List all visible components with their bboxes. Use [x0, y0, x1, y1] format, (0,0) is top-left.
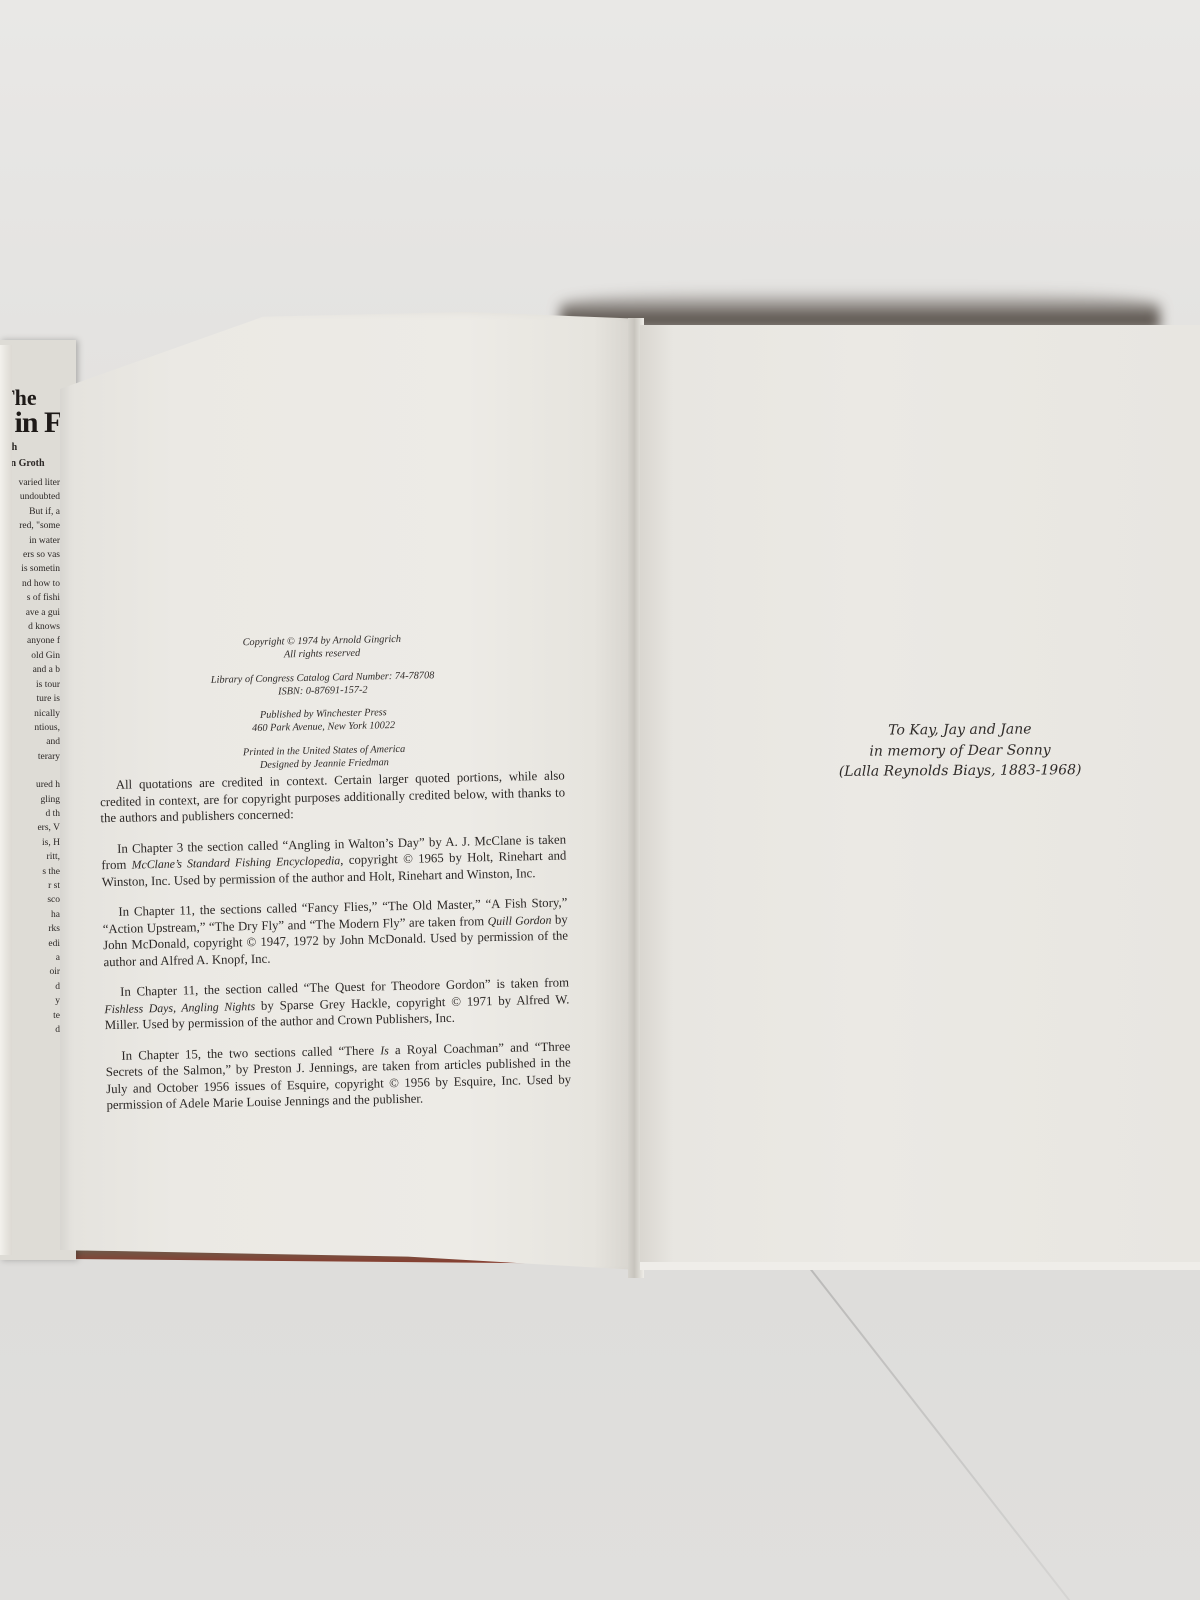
credit-paragraph: All quotations are credited in context. … [100, 768, 566, 827]
page-edge [0, 345, 12, 1255]
dedication-line: (Lalla Reynolds Biays, 1883-1968) [805, 760, 1115, 783]
colophon-group: Library of Congress Catalog Card Number:… [207, 669, 438, 700]
dedication-line: To Kay, Jay and Jane [805, 719, 1115, 742]
book-shadow [560, 290, 1160, 330]
credit-paragraph: In Chapter 15, the two sections called “… [105, 1038, 571, 1114]
dedication-line: in memory of Dear Sonny [805, 739, 1115, 762]
credit-paragraph: In Chapter 11, the section called “The Q… [104, 974, 570, 1033]
copyright-page: Copyright © 1974 by Arnold GingrichAll r… [50, 306, 650, 1280]
right-page [640, 325, 1200, 1268]
quotation-credits: All quotations are credited in context. … [100, 768, 572, 1128]
colophon: Copyright © 1974 by Arnold GingrichAll r… [207, 632, 440, 783]
colophon-group: Published by Winchester Press460 Park Av… [208, 705, 439, 736]
page-edge [640, 1262, 1200, 1270]
colophon-group: Printed in the United States of AmericaD… [209, 742, 440, 773]
credit-paragraph: In Chapter 11, the sections called “Fanc… [102, 894, 568, 970]
colophon-group: Copyright © 1974 by Arnold GingrichAll r… [207, 632, 438, 663]
credit-paragraph: In Chapter 3 the section called “Angling… [101, 831, 567, 890]
dedication: To Kay, Jay and Jane in memory of Dear S… [805, 719, 1115, 783]
